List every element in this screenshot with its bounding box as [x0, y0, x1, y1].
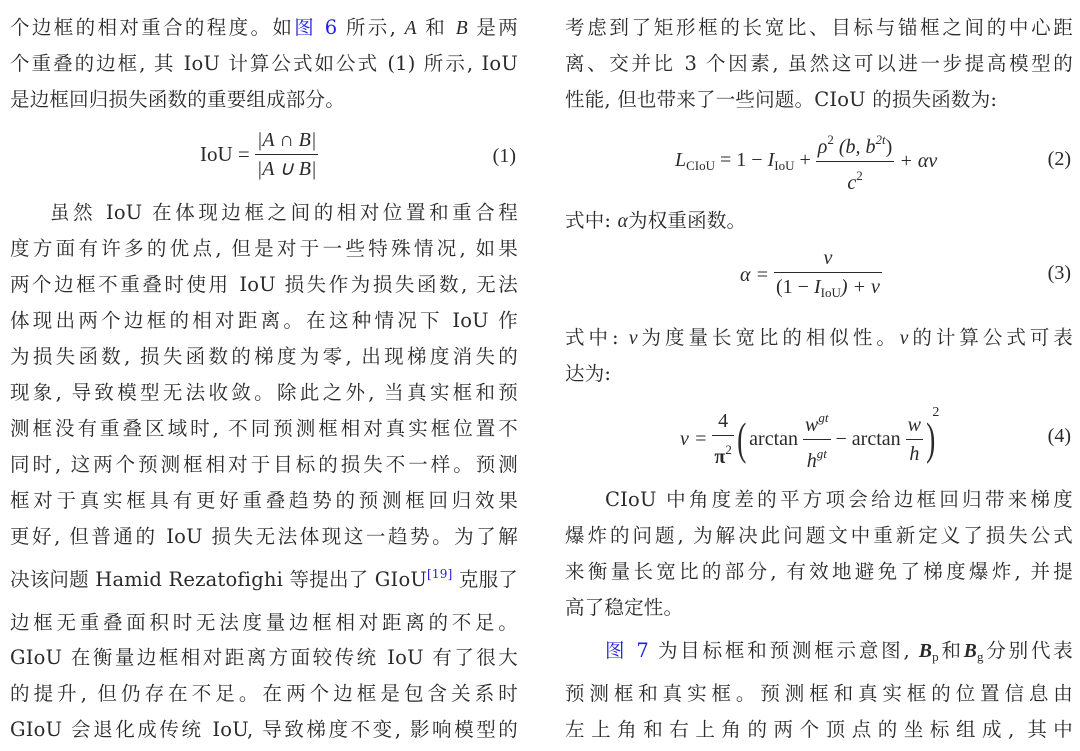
- paragraph-line: 的提升, 但仍存在不足。在两个边框是包含关系时: [10, 676, 518, 712]
- equation-2: LCIoU = 1 − IIoU + ρ2 (b, b2t) c2 + αv (…: [565, 128, 1073, 190]
- paragraph-line: 来衡量长宽比的部分, 有效地避免了梯度爆炸, 并提: [565, 554, 1073, 590]
- arctan-label: arctan: [852, 428, 901, 450]
- paragraph-line: 左上角和右上角的两个顶点的坐标组成, 其中: [565, 712, 1073, 748]
- fraction-denominator: h: [906, 439, 923, 466]
- fraction-denominator: c2: [816, 161, 895, 195]
- fraction: v (1 − IIoU) + v: [774, 246, 882, 305]
- coefficient-fraction: 4 π2: [712, 409, 733, 469]
- math-var-bg: B: [964, 641, 977, 662]
- fraction-numerator: w: [906, 413, 923, 439]
- paragraph-line: 是边框回归损失函数的重要组成部分。: [10, 82, 518, 118]
- text-span: 是两: [468, 16, 518, 39]
- paragraph-line: 测框没有重叠区域时, 不同预测框相对真实框位置不: [10, 411, 518, 447]
- arctan-label: arctan: [749, 428, 798, 450]
- paragraph-line: 图 7 为目标框和预测框示意图, Bp和Bg分别代表: [565, 633, 1073, 669]
- fraction-denominator: π2: [712, 435, 733, 469]
- paragraph-line: 现象, 导致模型无法收敛。除此之外, 当真实框和预: [10, 375, 518, 411]
- paragraph-line: 同时, 这两个预测框相对于目标的损失不一样。预测: [10, 447, 518, 483]
- fraction: ρ2 (b, b2t) c2: [816, 128, 895, 195]
- equation-4: v = 4 π2 (arctan wgt hgt − arctan w h )2…: [565, 405, 1073, 471]
- paragraph-line: GIoU 在衡量边框相对距离方面较传统 IoU 有了很大: [10, 640, 518, 676]
- open-paren: (: [737, 416, 746, 462]
- equation-number: (2): [1048, 148, 1071, 171]
- fraction-numerator: |A ∩ B|: [255, 128, 319, 154]
- fraction-denominator: |A ∪ B|: [255, 154, 319, 181]
- paragraph-line: 虽然 IoU 在体现边框之间的相对位置和重合程: [10, 195, 518, 231]
- fraction-denominator: hgt: [803, 439, 830, 473]
- text-span: 为度量长宽比的相似性。: [638, 326, 900, 349]
- close-paren: ): [926, 416, 935, 462]
- figure-6-link[interactable]: 图 6: [294, 16, 337, 39]
- paragraph-line: 式中: α为权重函数。: [565, 203, 1073, 239]
- math-var-a: A: [405, 18, 417, 39]
- equation-lhs: LCIoU = 1 − IIoU +: [675, 149, 816, 171]
- paragraph-line: 两个边框不重叠时使用 IoU 损失作为损失函数, 无法: [10, 267, 518, 303]
- equation-number: (3): [1048, 262, 1071, 285]
- text-span: 决该问题 Hamid Rezatofighi 等提出了 GIoU: [10, 568, 427, 591]
- figure-7-link[interactable]: 图 7: [605, 639, 649, 662]
- paragraph-line: 度方面有许多的优点, 但是对于一些特殊情况, 如果: [10, 231, 518, 267]
- text-span: 的计算公式可表: [909, 326, 1073, 349]
- paragraph-line: 更好, 但普通的 IoU 损失无法体现这一趋势。为了解: [10, 519, 518, 555]
- math-var-bp: B: [919, 641, 932, 662]
- math-var-v: v: [629, 328, 638, 349]
- text-span: 和: [939, 639, 964, 662]
- equation-lhs: v =: [680, 428, 707, 450]
- fraction-w-over-h-gt: wgt hgt: [803, 406, 830, 473]
- minus-sign: −: [831, 428, 852, 450]
- text-span: 为目标框和预测框示意图,: [649, 639, 919, 662]
- fraction: |A ∩ B| |A ∪ B|: [255, 128, 319, 181]
- paragraph-line: 个边框的相对重合的程度。如图 6 所示, A 和 B 是两: [10, 10, 518, 46]
- fraction-denominator: (1 − IIoU) + v: [774, 272, 882, 305]
- equation-number: (1): [493, 145, 516, 168]
- equation-1: IoU = |A ∩ B| |A ∪ B| (1): [10, 128, 518, 188]
- paragraph-line: 性能, 但也带来了一些问题。CIoU 的损失函数为:: [565, 82, 1073, 118]
- text-span: 式中:: [565, 326, 629, 349]
- fraction-numerator: ρ2 (b, b2t): [816, 128, 895, 161]
- paragraph-line: CIoU 中角度差的平方项会给边框回归带来梯度: [565, 482, 1073, 518]
- paragraph-line: 考虑到了矩形框的长宽比、目标与锚框之间的中心距: [565, 10, 1073, 46]
- paragraph-line: 体现出两个边框的相对距离。在这种情况下 IoU 作: [10, 303, 518, 339]
- text-span: 式中:: [565, 209, 618, 232]
- math-var-alpha: α: [618, 211, 628, 232]
- math-var-v: v: [900, 328, 909, 349]
- text-span: 克服了: [452, 568, 518, 591]
- equation-number: (4): [1048, 425, 1071, 448]
- paragraph-line: 框对于真实框具有更好重叠趋势的预测框回归效果: [10, 483, 518, 519]
- equation-3: α = v (1 − IIoU) + v (3): [565, 246, 1073, 308]
- equation-lhs: α =: [740, 264, 769, 286]
- text-span: 分别代表: [984, 639, 1073, 662]
- paragraph-line: 预测框和真实框。预测框和真实框的位置信息由: [565, 676, 1073, 712]
- fraction-numerator: 4: [712, 409, 733, 435]
- equation-tail: + αv: [899, 150, 937, 172]
- paragraph-line: 达为:: [565, 356, 1073, 392]
- paragraph-line: 爆炸的问题, 为解决此问题文中重新定义了损失公式: [565, 518, 1073, 554]
- subscript-p: p: [932, 649, 939, 664]
- math-var-b: B: [456, 18, 468, 39]
- fraction-w-over-h: w h: [906, 413, 923, 466]
- text-span: 所示,: [337, 16, 404, 39]
- fraction-numerator: v: [774, 246, 882, 272]
- paragraph-line: 高了稳定性。: [565, 590, 1073, 626]
- citation-19-link[interactable]: [19]: [427, 567, 452, 581]
- text-span: 个边框的相对重合的程度。如: [10, 16, 294, 39]
- fraction-numerator: wgt: [803, 406, 830, 439]
- paragraph-line: 为损失函数, 损失函数的梯度为零, 出现梯度消失的: [10, 339, 518, 375]
- paragraph-line: 离、交并比 3 个因素, 虽然这可以进一步提高模型的: [565, 46, 1073, 82]
- paragraph-line: 个重叠的边框, 其 IoU 计算公式如公式 (1) 所示, IoU: [10, 46, 518, 82]
- equation-lhs: IoU =: [200, 142, 250, 166]
- subscript-g: g: [977, 649, 984, 664]
- paragraph-line: 边框无重叠面积时无法度量边框相对距离的不足。: [10, 605, 518, 641]
- text-span: 和: [417, 16, 456, 39]
- paragraph-line: 式中: v为度量长宽比的相似性。v的计算公式可表: [565, 320, 1073, 356]
- text-span: 为权重函数。: [628, 209, 746, 232]
- paragraph-line: GIoU 会退化成传统 IoU, 导致梯度不变, 影响模型的: [10, 712, 518, 748]
- paragraph-line: 决该问题 Hamid Rezatofighi 等提出了 GIoU[19] 克服了: [10, 562, 518, 598]
